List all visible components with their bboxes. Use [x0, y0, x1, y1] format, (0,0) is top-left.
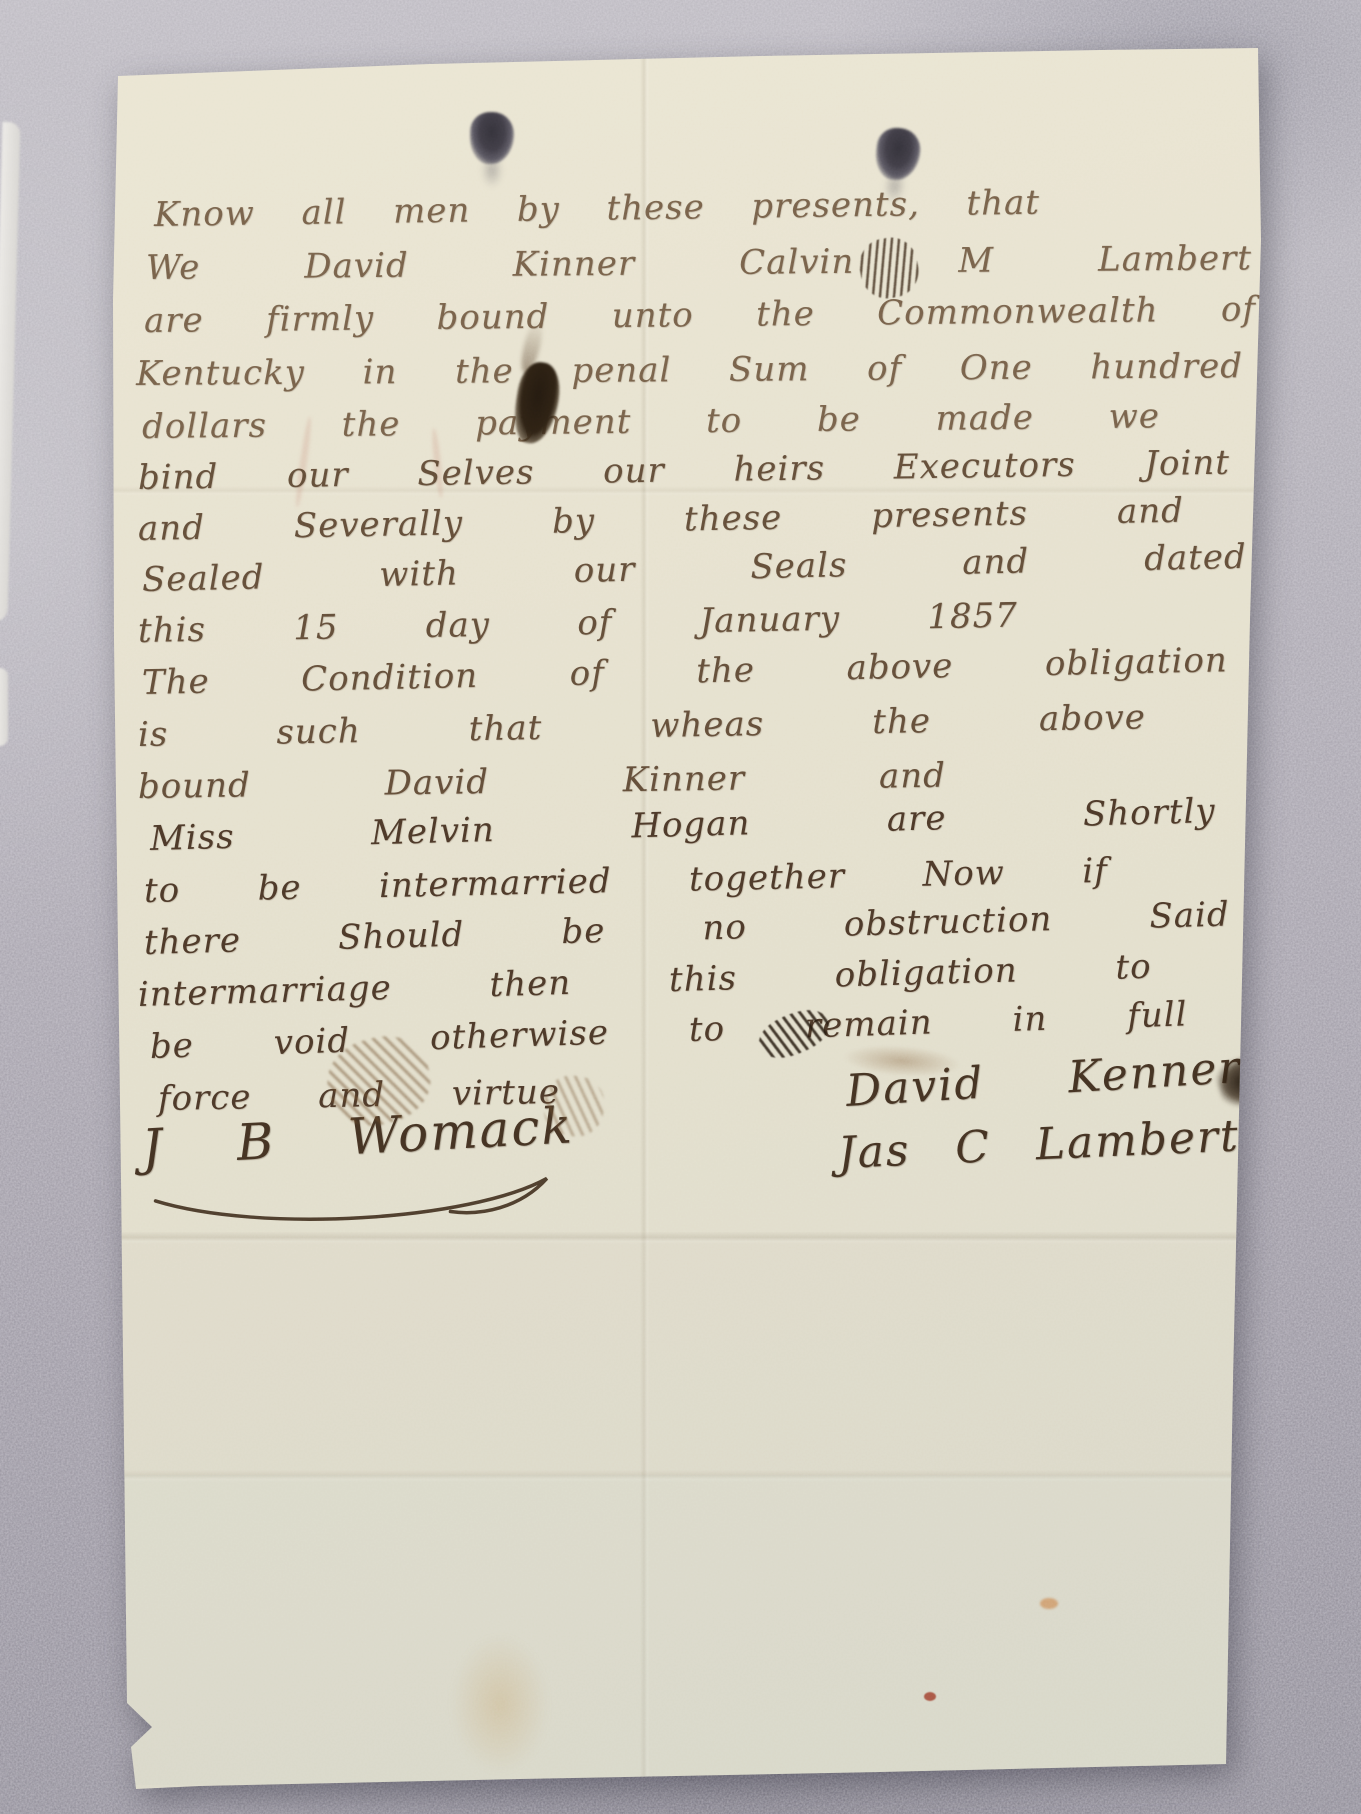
photo: Know all men by these presents, that We …: [0, 0, 1361, 1814]
document-paper: Know all men by these presents, that We …: [0, 0, 1361, 1814]
document-paper-shadow: Know all men by these presents, that We …: [0, 0, 1361, 1814]
handwritten-line: We David Kinner Calvin M Lambert: [146, 235, 1252, 295]
handwritten-line: Kentucky in the penal Sum of One hundred: [136, 343, 1243, 401]
